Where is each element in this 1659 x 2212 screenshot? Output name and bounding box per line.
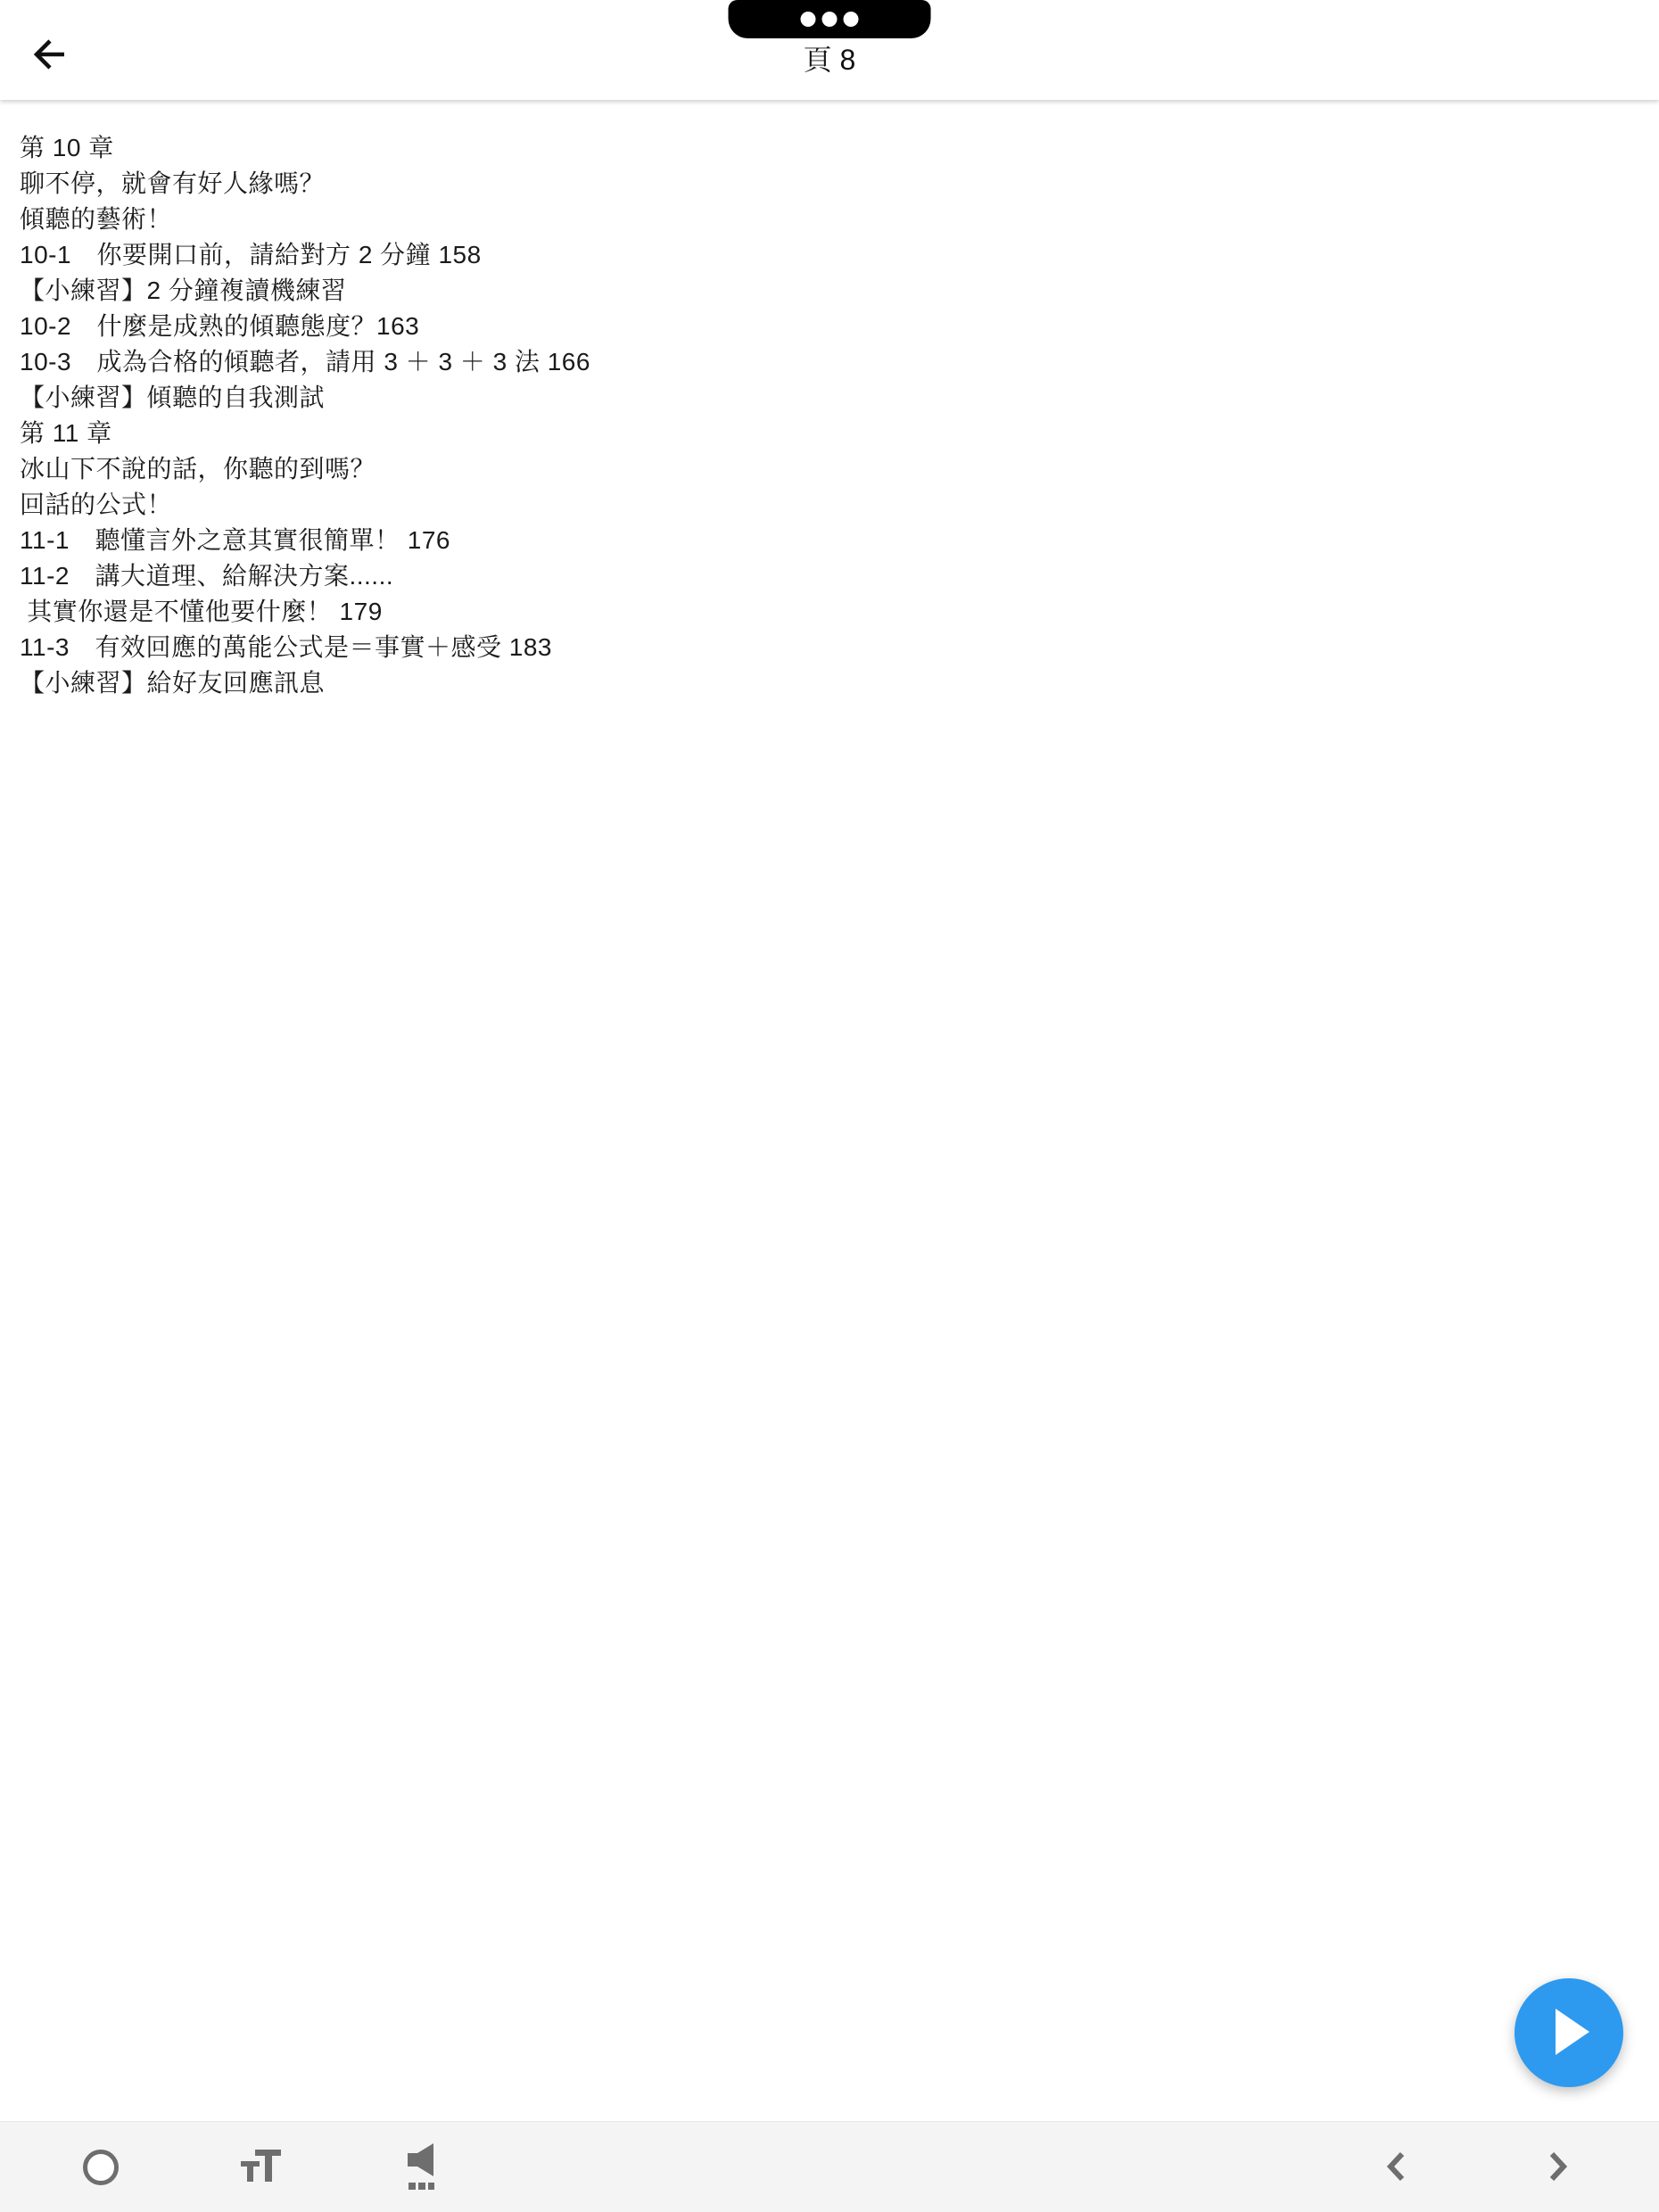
toc-line: 10-2 什麼是成熟的傾聽態度？163 xyxy=(20,309,1632,344)
toc-line: 11-3 有效回應的萬能公式是＝事實＋感受 183 xyxy=(20,630,1632,665)
toc-line: 【小練習】2 分鐘複讀機練習 xyxy=(20,273,1632,309)
circle-outline-icon xyxy=(83,2150,119,2185)
next-page-button[interactable] xyxy=(1505,2122,1612,2212)
bottom-toolbar xyxy=(0,2121,1659,2212)
toc-content: 第 10 章 聊不停，就會有好人緣嗎？ 傾聽的藝術！ 10-1 你要開口前，請給… xyxy=(0,100,1659,701)
back-arrow-icon xyxy=(32,37,68,75)
toc-line: 回話的公式！ xyxy=(20,487,1632,523)
notch-dot xyxy=(844,12,859,27)
notch-dot xyxy=(801,12,816,27)
chevron-left-icon xyxy=(1387,2152,1405,2183)
toc-line: 傾聽的藝術！ xyxy=(20,202,1632,237)
camera-notch-pill xyxy=(729,0,931,38)
toc-line: 其實你還是不懂他要什麼！ 179 xyxy=(20,594,1632,630)
notch-dot xyxy=(822,12,838,27)
toc-line: 【小練習】給好友回應訊息 xyxy=(20,665,1632,701)
toc-line: 11-2 講大道理、給解決方案...... xyxy=(20,558,1632,594)
toc-line: 聊不停，就會有好人緣嗎？ xyxy=(20,166,1632,202)
top-bar: 頁 8 xyxy=(0,0,1659,100)
theme-circle-button[interactable] xyxy=(47,2122,154,2212)
ebook-reader-screen: 頁 8 第 10 章 聊不停，就會有好人緣嗎？ 傾聽的藝術！ 10-1 你要開口… xyxy=(0,0,1659,2212)
toc-line: 第 10 章 xyxy=(20,130,1632,166)
toc-line: 10-1 你要開口前，請給對方 2 分鐘 158 xyxy=(20,237,1632,273)
toc-line: 【小練習】傾聽的自我測試 xyxy=(20,380,1632,416)
toc-line: 11-1 聽懂言外之意其實很簡單！ 176 xyxy=(20,523,1632,558)
prev-page-button[interactable] xyxy=(1342,2122,1449,2212)
text-size-button[interactable] xyxy=(208,2122,315,2212)
toc-line: 冰山下不說的話，你聽的到嗎？ xyxy=(20,451,1632,487)
toc-line: 第 11 章 xyxy=(20,416,1632,451)
toc-line: 10-3 成為合格的傾聽者，請用 3 ＋ 3 ＋ 3 法 166 xyxy=(20,344,1632,380)
page-indicator: 頁 8 xyxy=(804,37,856,78)
speaker-icon xyxy=(408,2143,434,2192)
chevron-right-icon xyxy=(1549,2152,1567,2183)
play-button[interactable] xyxy=(1515,1978,1623,2087)
back-button[interactable] xyxy=(32,37,68,73)
text-size-icon xyxy=(241,2150,282,2186)
volume-button[interactable] xyxy=(367,2122,475,2212)
play-icon xyxy=(1547,2009,1591,2058)
